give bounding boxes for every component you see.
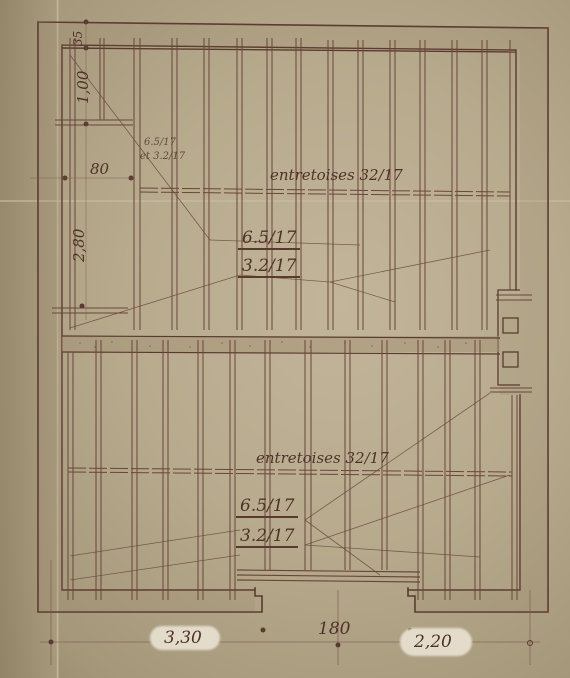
dimension-bottom-right: 2,20: [414, 634, 452, 651]
wall-shading: [38, 22, 548, 612]
upper-bracing-label: entretoises 32/17: [270, 168, 403, 183]
joist: [237, 38, 242, 330]
joist: [163, 340, 168, 600]
joist: [358, 40, 363, 330]
upper-joist-label-1: 6.5/17: [238, 230, 300, 250]
joist: [296, 38, 301, 330]
lower-header-beam: [237, 570, 420, 582]
note-section-small: 6.5/17: [144, 138, 176, 148]
upper-joist-label-2: 3.2/17: [238, 258, 300, 278]
joist: [230, 340, 235, 600]
joist: [475, 340, 480, 600]
joist: [134, 38, 140, 330]
joist: [420, 40, 425, 330]
lower-joist-label-2: 3.2/17: [236, 528, 298, 548]
dimension-width-small: 80: [90, 162, 109, 177]
joist: [267, 38, 272, 330]
joist: [418, 340, 423, 600]
dimension-left-lower: 2,80: [72, 229, 87, 262]
central-beam-band: [62, 336, 500, 354]
joist: [452, 40, 457, 330]
dimension-points: [49, 20, 533, 648]
joist: [445, 340, 450, 600]
joist: [100, 38, 104, 120]
note-section-small-2: et 3.2/17: [140, 152, 185, 162]
joist: [512, 395, 517, 600]
drawing-sheet: 35 1,00 2,80 80 6.5/17 et 3.2/17 entreto…: [0, 0, 570, 678]
dimension-bottom-left: 3,30: [164, 630, 202, 647]
lower-bracing-label: entretoises 32/17: [256, 451, 389, 466]
joist: [328, 40, 333, 330]
joist: [172, 38, 177, 330]
joist: [68, 352, 73, 600]
lower-joist-label-1: 6.5/17: [236, 498, 298, 518]
upper-bracing-line: [140, 188, 510, 196]
dimension-left-upper: 1,00: [76, 71, 91, 104]
joist: [96, 340, 101, 600]
joist: [132, 340, 137, 600]
dimension-top-offset: 35: [72, 31, 84, 46]
joist: [482, 40, 487, 330]
joist: [390, 40, 395, 330]
outer-wall-outline: [38, 22, 548, 612]
dimension-bottom-middle: 180: [318, 621, 350, 638]
upper-joists: [70, 38, 510, 330]
